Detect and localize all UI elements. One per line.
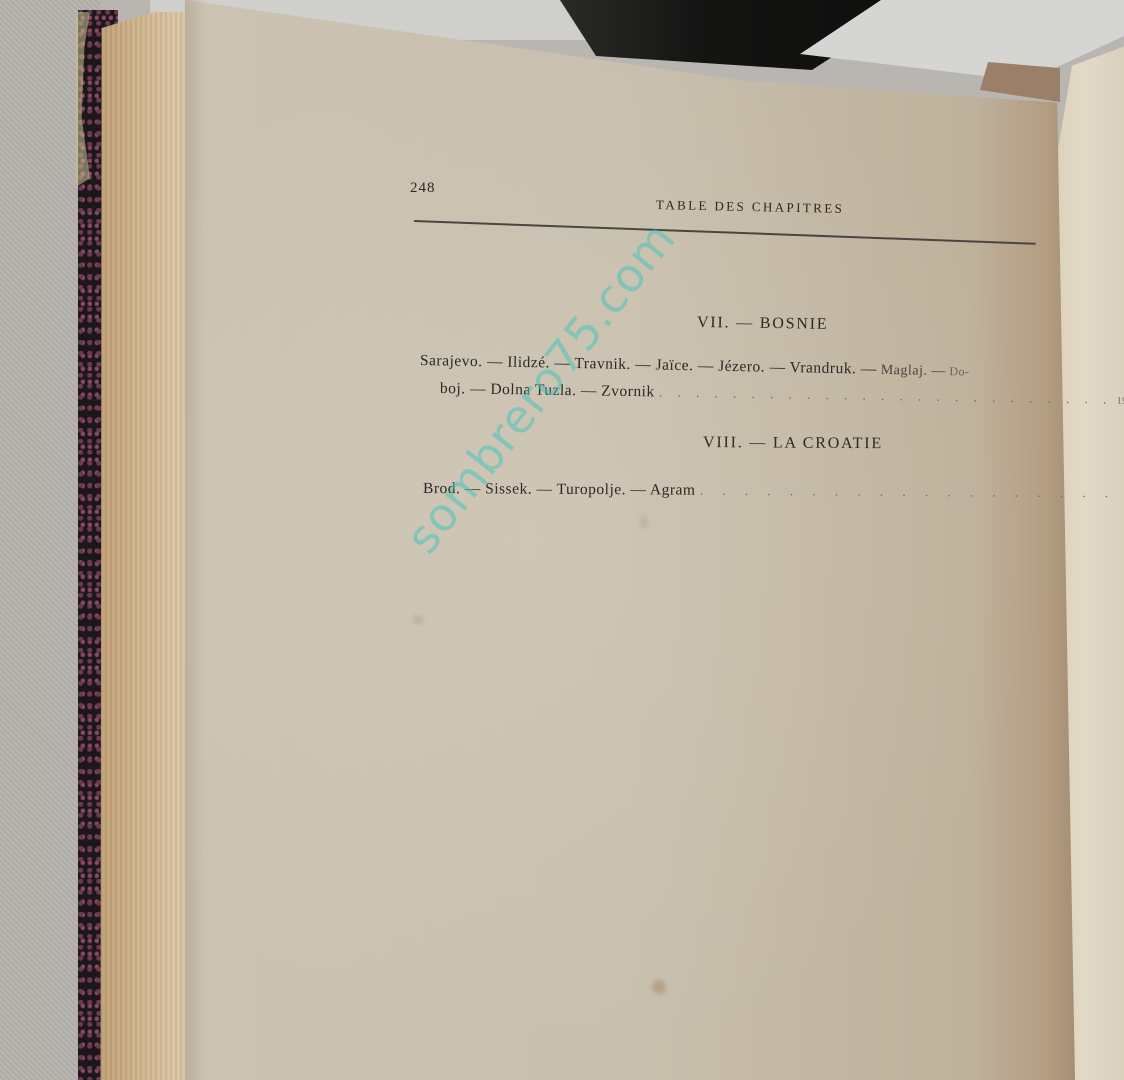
page-number: 248 xyxy=(410,180,436,197)
chapter-heading: VII. — BOSNIE xyxy=(697,314,829,334)
toc-entry-text-faded: Do- xyxy=(946,364,970,378)
page-corner-flap xyxy=(980,62,1060,102)
paper-stain xyxy=(640,515,648,529)
chapter-heading: VIII. — LA CROATIE xyxy=(703,434,883,453)
book-photo-scene: 248 TABLE DES CHAPITRES VII. — BOSNIE Sa… xyxy=(0,0,1124,1080)
paper-stain xyxy=(652,980,666,994)
page-gutter-shadow xyxy=(185,0,205,1080)
book-page xyxy=(185,0,1075,1080)
dot-leader: . . . . . . . . . . . . . . . . . . . . … xyxy=(700,483,1124,501)
paper-stain xyxy=(413,615,423,625)
toc-page-ref: 197 xyxy=(1117,396,1124,407)
toc-entry-text-faded: Maglaj. — xyxy=(877,363,946,379)
